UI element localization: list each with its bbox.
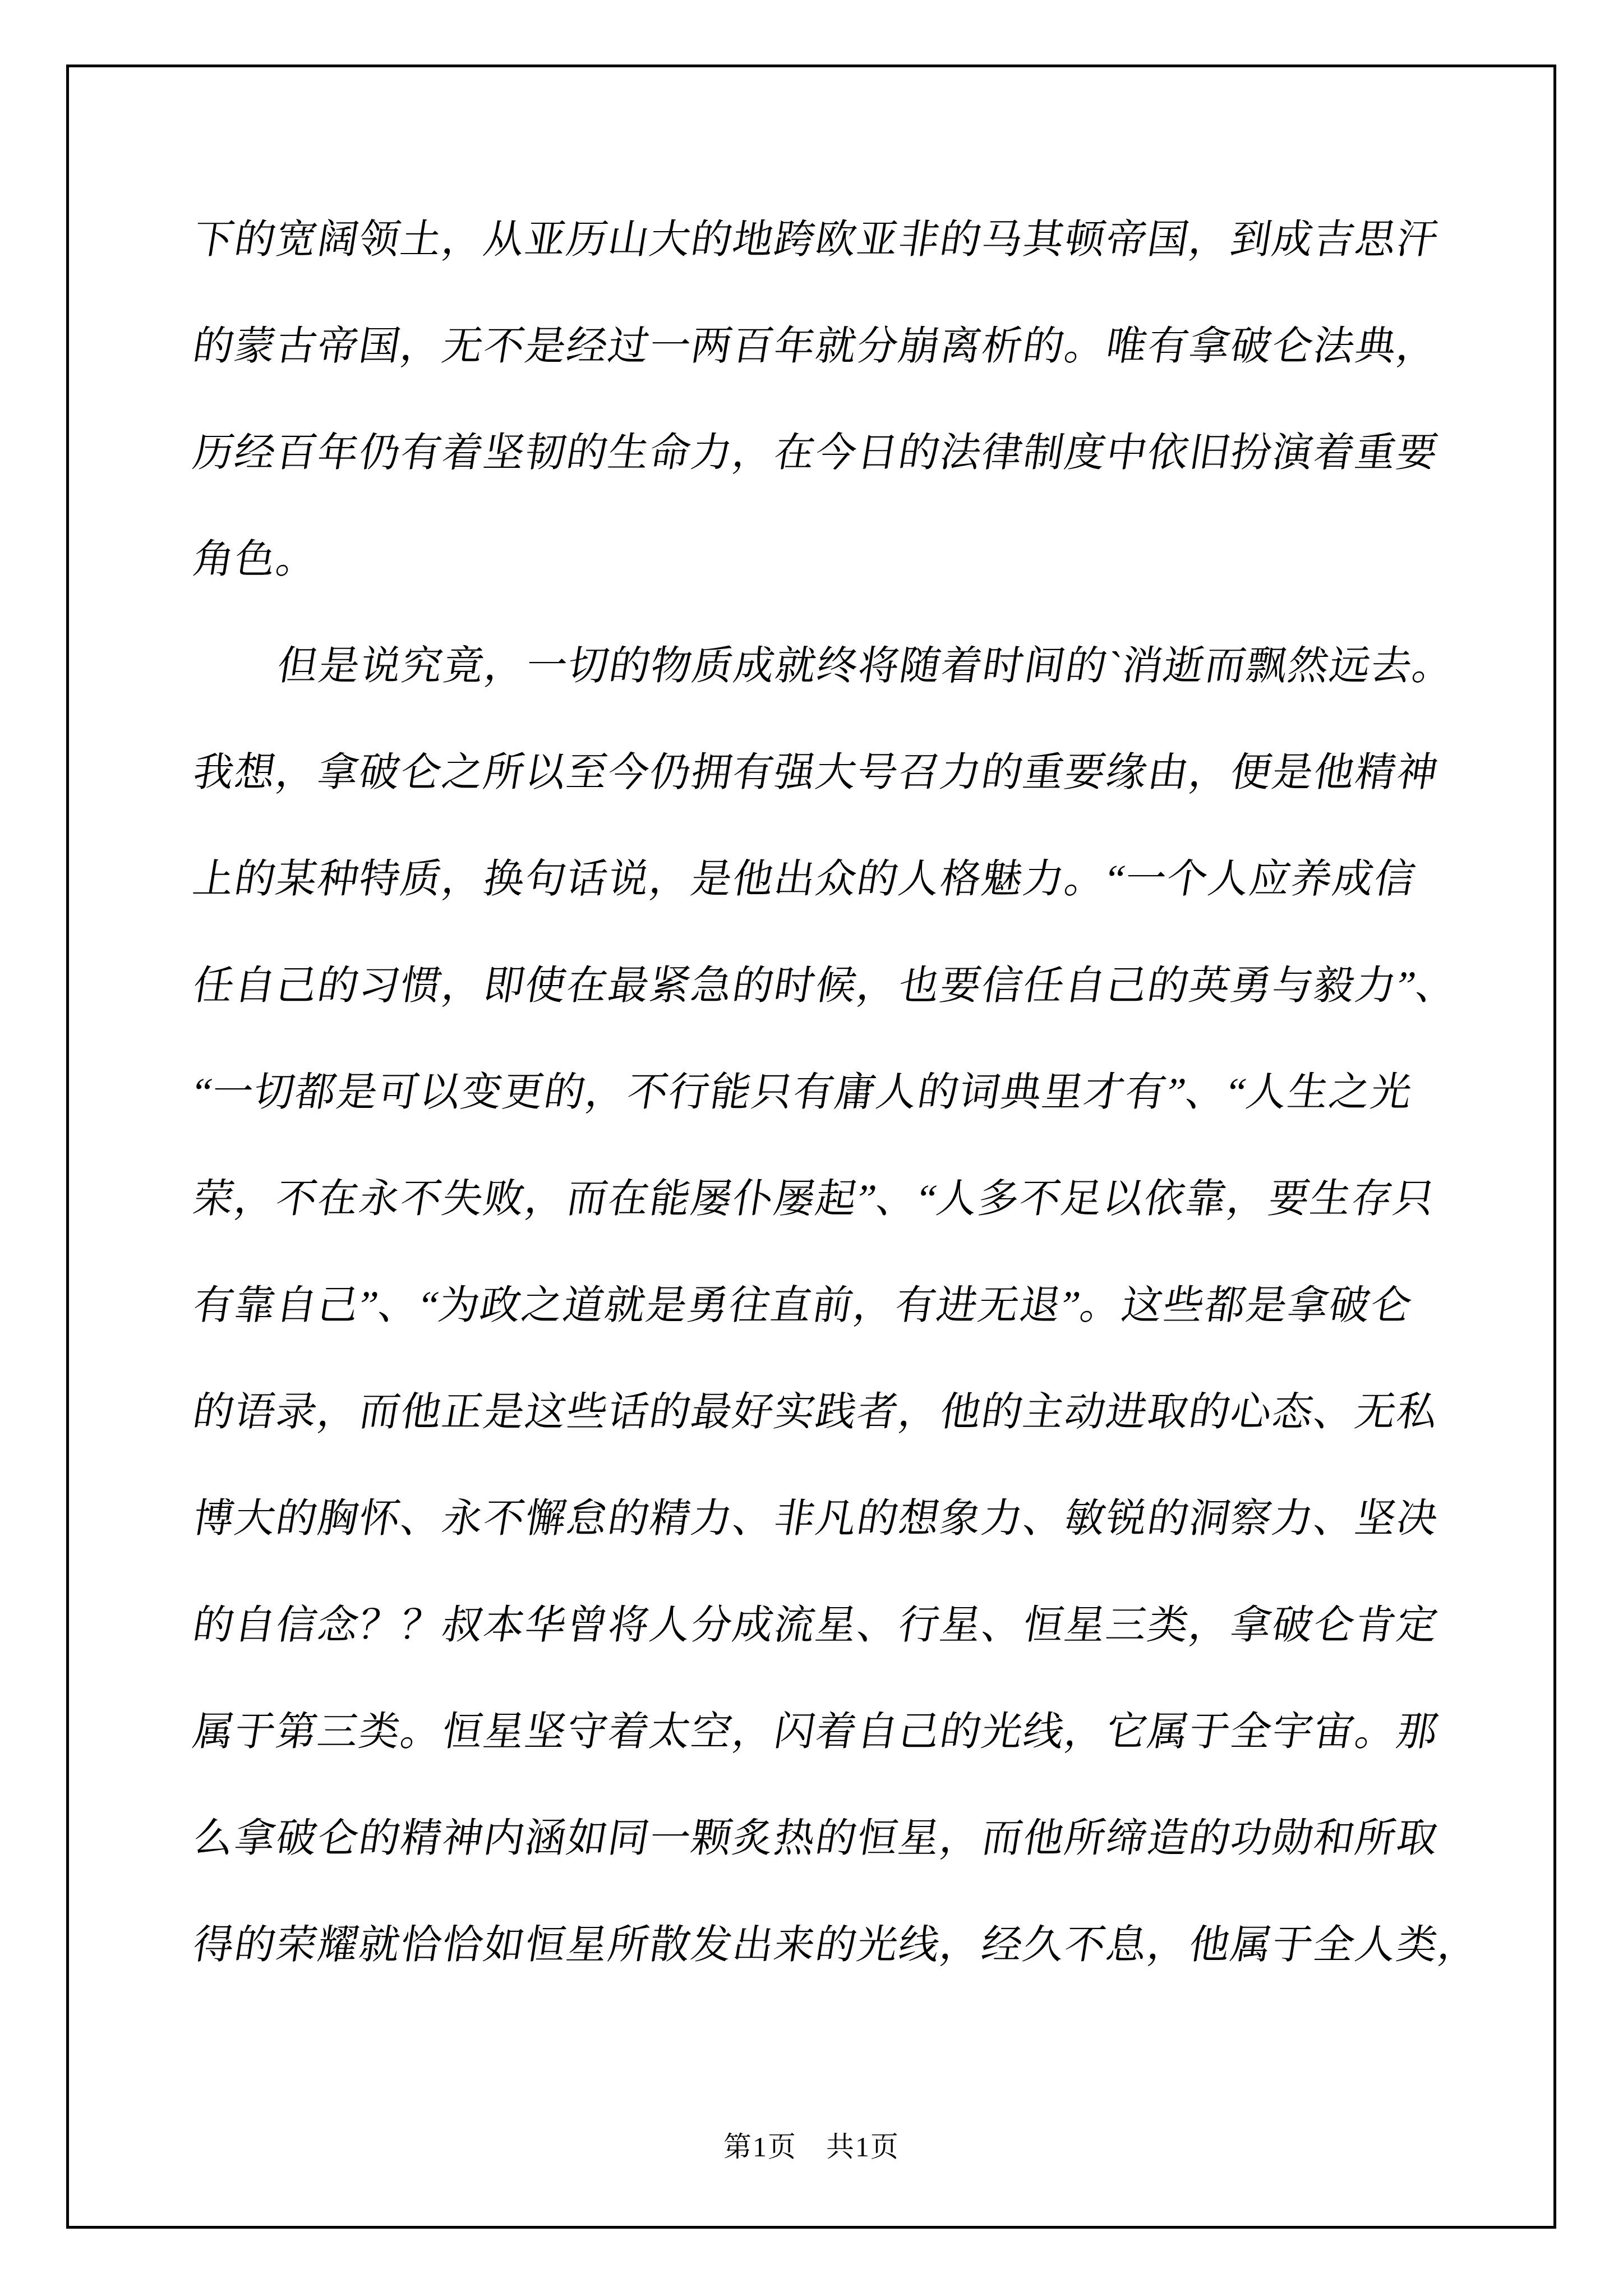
- text-line: 博大的胸怀、永不懈怠的精力、非凡的想象力、敏锐的洞察力、坚决: [185, 1465, 1453, 1572]
- text-line: 任自己的习惯，即使在最紧急的时候，也要信任自己的英勇与毅力”、: [185, 932, 1453, 1039]
- text-line: 属于第三类。恒星坚守着太空，闪着自己的光线，它属于全宇宙。那: [185, 1678, 1453, 1785]
- text-line: “一切都是可以变更的，不行能只有庸人的词典里才有”、“人生之光: [185, 1039, 1453, 1145]
- text-line: 上的某种特质，换句话说，是他出众的人格魅力。“一个人应养成信: [185, 826, 1453, 932]
- text-line: 历经百年仍有着坚韧的生命力，在今日的法律制度中依旧扮演着重要: [185, 399, 1453, 506]
- text-line: 下的宽阔领土，从亚历山大的地跨欧亚非的马其顿帝国，到成吉思汗: [185, 186, 1453, 293]
- document-page: 下的宽阔领土，从亚历山大的地跨欧亚非的马其顿帝国，到成吉思汗的蒙古帝国，无不是经…: [0, 0, 1623, 2296]
- text-line: 我想，拿破仑之所以至今仍拥有强大号召力的重要缘由，便是他精神: [185, 719, 1453, 826]
- text-line: 角色。: [185, 506, 1453, 613]
- text-line: 荣，不在永不失败，而在能屡仆屡起”、“人多不足以依靠，要生存只: [185, 1145, 1453, 1252]
- document-body: 下的宽阔领土，从亚历山大的地跨欧亚非的马其顿帝国，到成吉思汗的蒙古帝国，无不是经…: [193, 186, 1444, 1998]
- page-footer: 第1页 共1页: [0, 2129, 1623, 2165]
- text-line: 得的荣耀就恰恰如恒星所散发出来的光线，经久不息，他属于全人类，: [185, 1892, 1453, 1998]
- text-line: 有靠自己”、“为政之道就是勇往直前，有进无退”。这些都是拿破仑: [185, 1252, 1453, 1359]
- text-line: 么拿破仑的精神内涵如同一颗炙热的恒星，而他所缔造的功勋和所取: [185, 1785, 1453, 1892]
- text-line: 的蒙古帝国，无不是经过一两百年就分崩离析的。唯有拿破仑法典，: [185, 293, 1453, 399]
- text-line: 但是说究竟，一切的物质成就终将随着时间的`消逝而飘然远去。: [185, 613, 1453, 719]
- text-line: 的语录，而他正是这些话的最好实践者，他的主动进取的心态、无私: [185, 1359, 1453, 1465]
- text-line: 的自信念？？叔本华曾将人分成流星、行星、恒星三类，拿破仑肯定: [185, 1572, 1453, 1678]
